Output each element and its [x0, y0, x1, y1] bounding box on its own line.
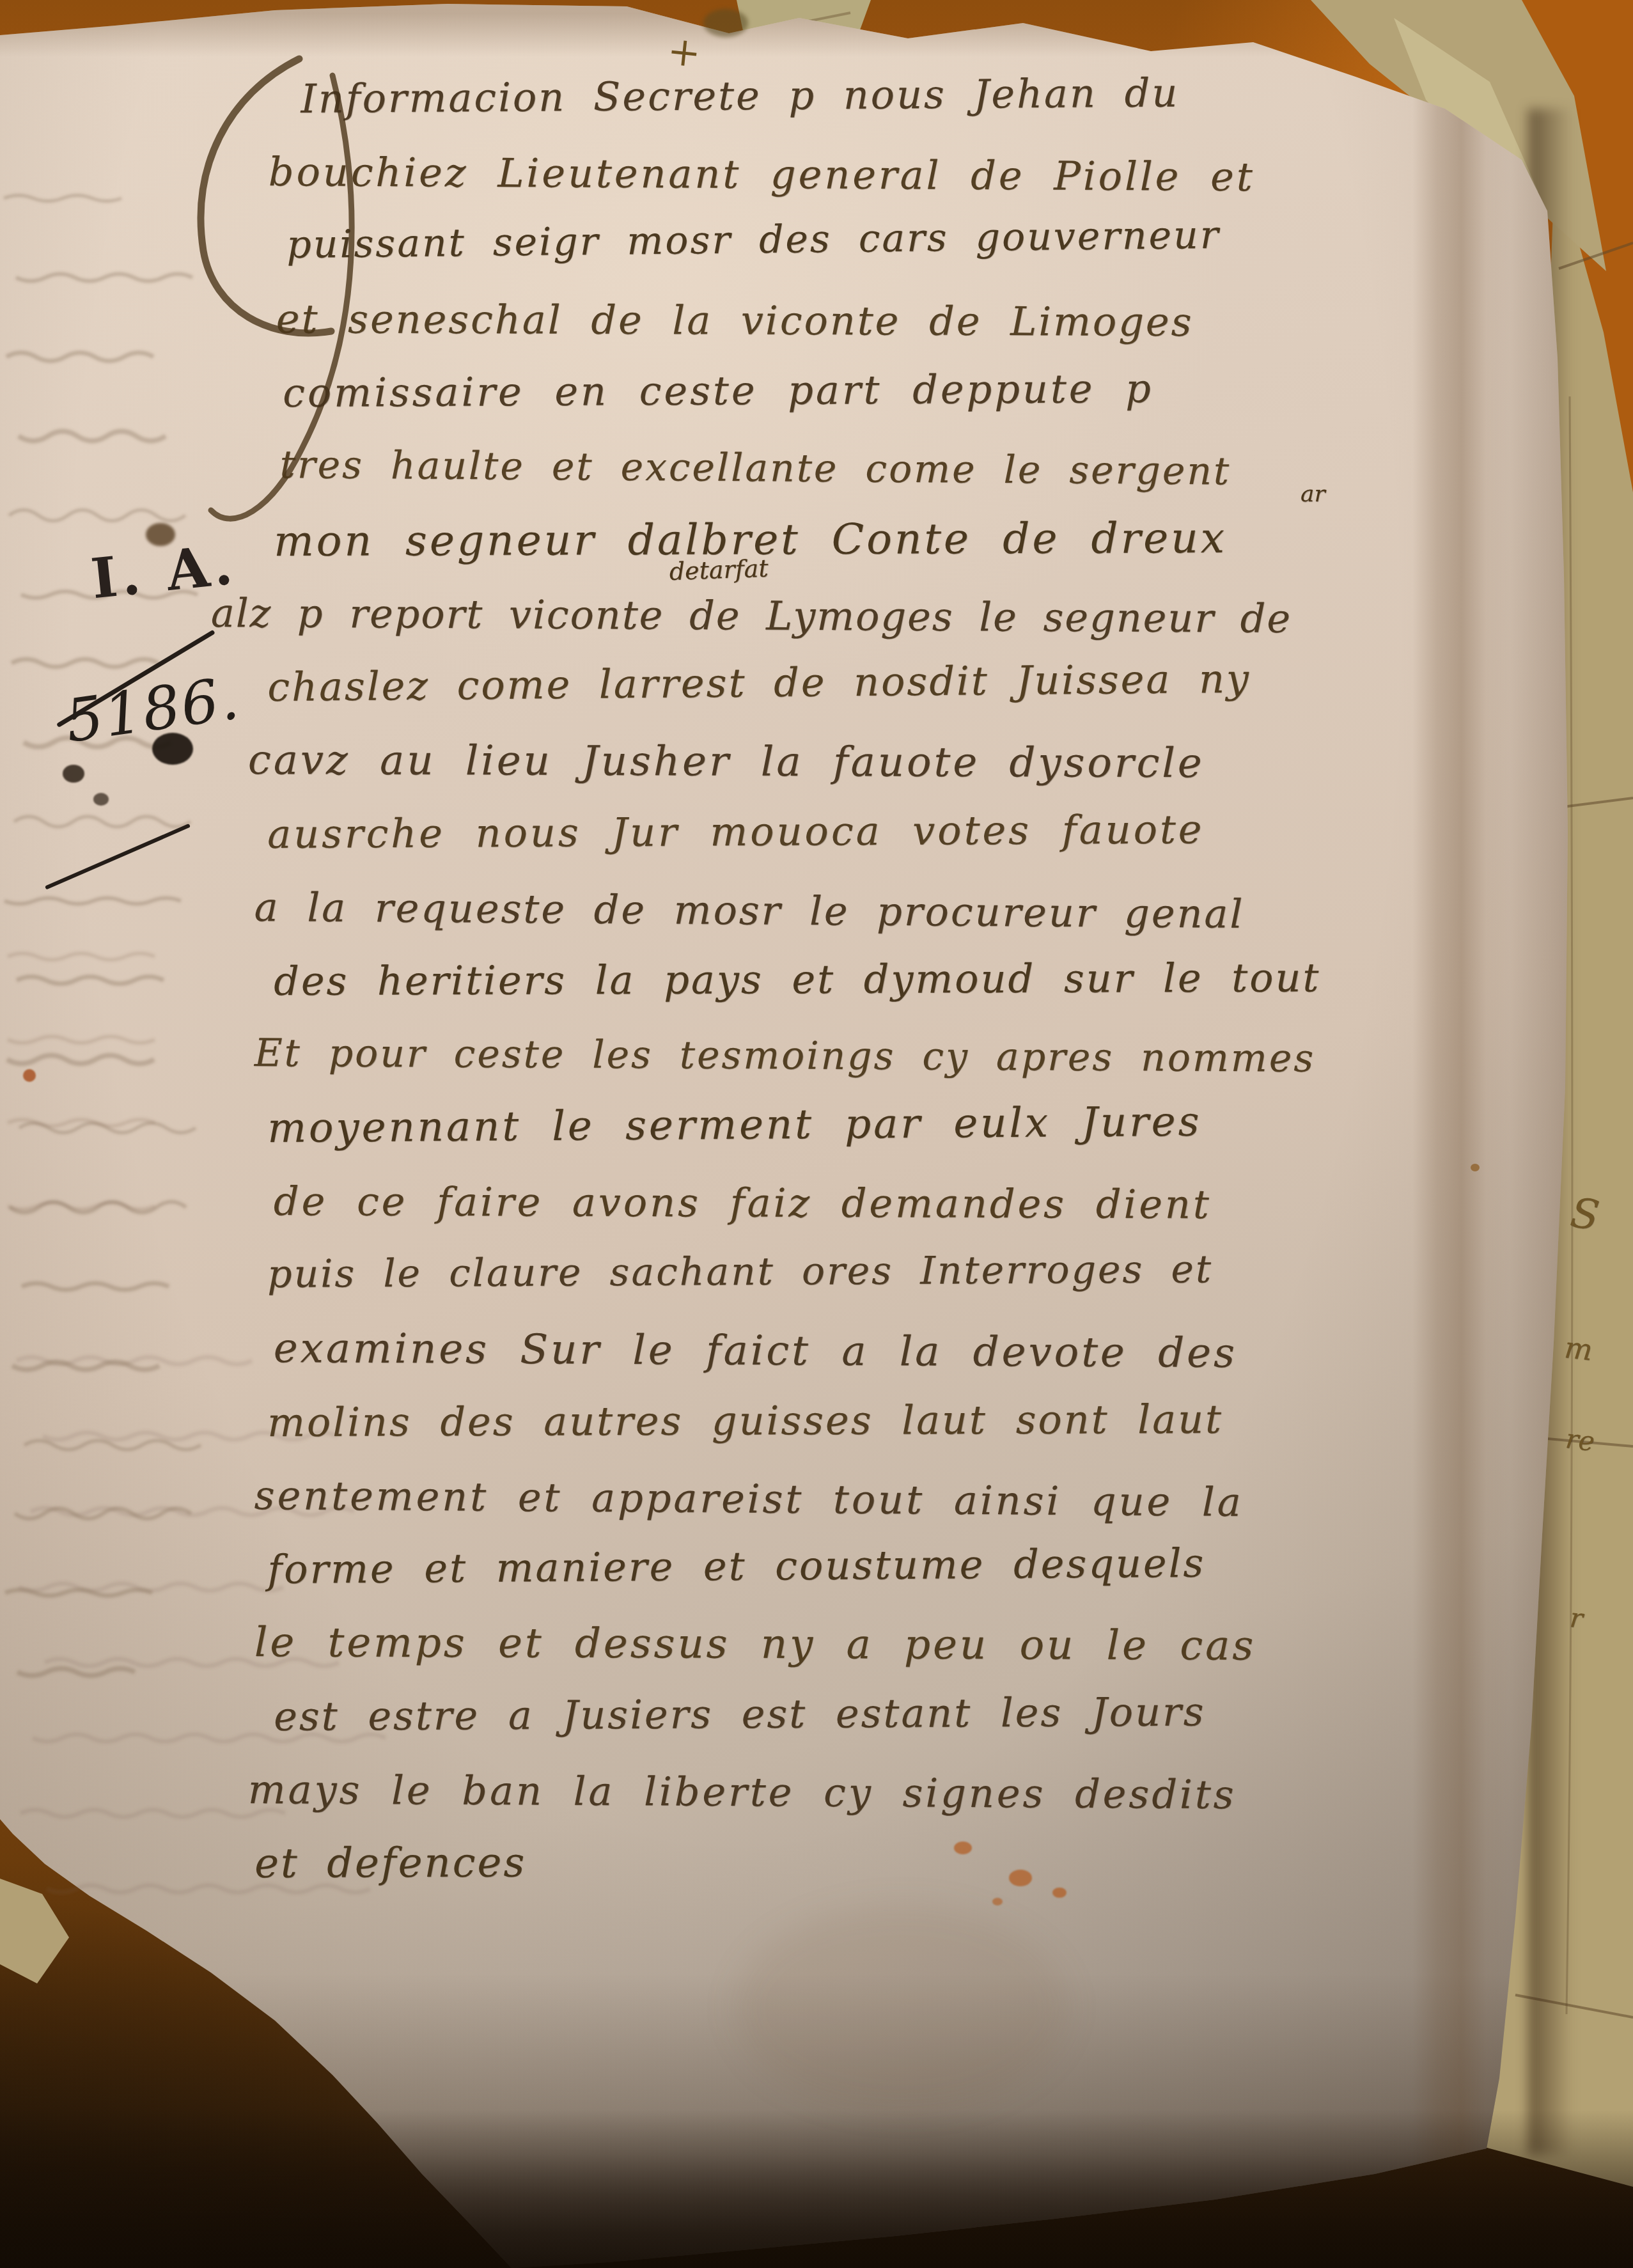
- manuscript-line: ausrche nous Jur mouoca votes fauote: [267, 806, 1205, 857]
- manuscript-line: Informacion Secrete p nous Jehan du: [301, 69, 1179, 122]
- manuscript-line: puis le claure sachant ores Interroges e…: [267, 1247, 1213, 1297]
- ink-blot: [152, 733, 193, 765]
- manuscript-line: mon segneur dalbret Conte de dreux: [274, 513, 1227, 566]
- ink-smudge: [703, 9, 748, 37]
- manuscript-line: forme et maniere et coustume desquels: [267, 1540, 1205, 1593]
- superscript-abbreviation: ar: [1301, 481, 1325, 507]
- manuscript-line: de ce faire avons faiz demandes dient: [274, 1178, 1212, 1228]
- manuscript-line: et defences: [254, 1840, 526, 1888]
- manuscript-line: sentement et appareist tout ainsi que la: [254, 1472, 1243, 1526]
- rust-spot: [1471, 1164, 1480, 1171]
- manuscript-line: comissaire en ceste part deppute p: [283, 365, 1153, 416]
- rust-spot: [1009, 1870, 1032, 1886]
- manuscript-line: et seneschal de la viconte de Limoges: [276, 295, 1194, 345]
- manuscript-line: est estre a Jusiers est estant les Jours: [274, 1688, 1206, 1740]
- rust-spot: [992, 1898, 1003, 1905]
- heading-cross: +: [665, 27, 703, 77]
- manuscript-line: moyennant le serment par eulx Jures: [267, 1099, 1202, 1152]
- manuscript-line: a la requeste de mosr le procureur genal: [254, 884, 1244, 937]
- ink-stain: [93, 793, 109, 806]
- manuscript-photo: I. A. 5186. + detarfat ar Informacion Se…: [0, 0, 1633, 2268]
- photo-bottom-shadow: [0, 2110, 1633, 2268]
- water-stain: [735, 1905, 1068, 2110]
- manuscript-line: le temps et dessus ny a peu ou le cas: [254, 1619, 1256, 1670]
- rust-spot: [1052, 1888, 1067, 1898]
- manuscript-line: des heritiers la pays et dymoud sur le t…: [274, 954, 1320, 1005]
- manuscript-line: examines Sur le faict a la devote des: [274, 1325, 1237, 1377]
- manuscript-line: Et pour ceste les tesmoings cy apres nom…: [254, 1031, 1316, 1081]
- manuscript-line: bouchiez Lieutenant general de Piolle et: [269, 148, 1255, 200]
- manuscript-line: chaslez come larrest de nosdit Juissea n…: [267, 655, 1251, 710]
- manuscript-line: mays le ban la liberte cy signes desdits: [248, 1766, 1237, 1818]
- manuscript-line: molins des autres guisses laut sont laut: [267, 1396, 1223, 1446]
- rust-spot: [23, 1069, 36, 1082]
- ink-stain: [63, 765, 84, 783]
- rust-spot: [954, 1842, 972, 1854]
- manuscript-line: alz p report viconte de Lymoges le segne…: [211, 590, 1292, 642]
- manuscript-line: cavz au lieu Jusher la fauote dysorcle: [248, 737, 1205, 787]
- manuscript-line: tres haulte et excellante come le sergen…: [280, 442, 1231, 494]
